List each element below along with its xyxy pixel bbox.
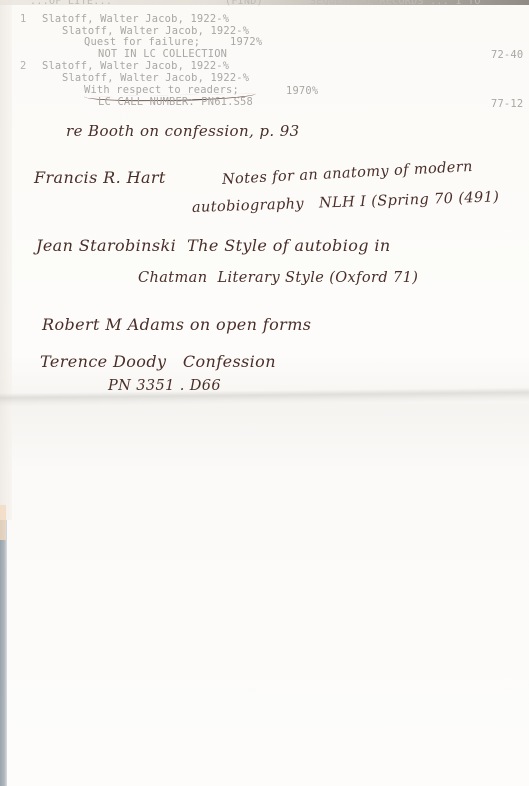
paper-edge-shadow (0, 0, 12, 520)
record-2-date: 1970% (286, 86, 318, 97)
note-hart-author: Francis R. Hart (34, 168, 166, 187)
record-1-main-entry: Slatoff, Walter Jacob, 1922-% (42, 14, 229, 25)
note-starobinski: Jean Starobinski The Style of autobiog i… (36, 236, 391, 255)
record-1-date: 1972% (230, 37, 262, 48)
record-1-title: Quest for failure; (84, 37, 200, 48)
printout-header-middle: (FIND) (225, 0, 263, 7)
record-1-number: 1 (20, 14, 26, 25)
note-starobinski-citation: Chatman Literary Style (Oxford 71) (138, 270, 418, 286)
scanner-background-strip (0, 520, 7, 786)
paper-stain (0, 505, 6, 540)
note-hart-title: Notes for an anatomy of modern (222, 159, 474, 188)
record-2-lccn: 77-12 (491, 99, 523, 110)
record-1-lccn: 72-40 (491, 50, 523, 61)
note-adams: Robert M Adams on open forms (42, 315, 311, 334)
record-2-status: LC CALL NUMBER: PN61.S58 (98, 97, 253, 108)
record-2-main-entry: Slatoff, Walter Jacob, 1922-% (42, 61, 229, 72)
note-booth: re Booth on confession, p. 93 (66, 122, 300, 140)
printout-header-right: SEQUENTIAL RECORDS ... 1 TO (310, 0, 481, 7)
record-2-added-entry: Slatoff, Walter Jacob, 1922-% (62, 73, 249, 84)
note-hart-citation: autobiography NLH I (Spring 70 (491) (192, 189, 500, 216)
scanned-page: ...OF LITE... (FIND) SEQUENTIAL RECORDS … (0, 0, 529, 786)
note-doody: Terence Doody Confession (40, 352, 276, 371)
paper-fold-crease (0, 387, 529, 407)
record-2-number: 2 (20, 61, 26, 72)
printout-header-left: ...OF LITE... (30, 0, 112, 7)
record-1-status: NOT IN LC COLLECTION (98, 49, 227, 60)
